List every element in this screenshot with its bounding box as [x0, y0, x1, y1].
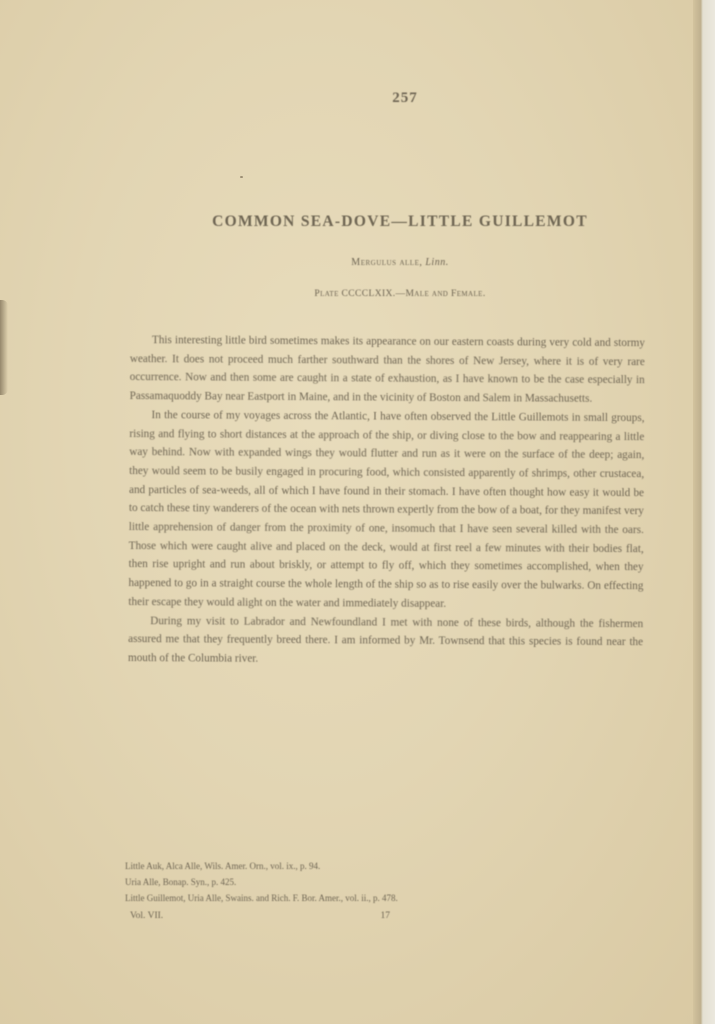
latin-name: Mergulus alle	[351, 257, 419, 268]
paragraph: During my visit to Labrador and Newfound…	[128, 612, 643, 671]
body-text: This interesting little bird sometimes m…	[128, 331, 645, 671]
paragraph: In the course of my voyages across the A…	[128, 406, 644, 615]
paragraph: This interesting little bird sometimes m…	[130, 331, 645, 409]
binding-shadow	[0, 300, 8, 395]
paper-speck	[240, 176, 243, 178]
reference-line: Uria Alle, Bonap. Syn., p. 425.	[125, 874, 605, 890]
plate-line: Plate CCCCLXIX.—Male and Female.	[150, 289, 650, 299]
reference-line: Little Guillemot, Uria Alle, Swains. and…	[125, 890, 605, 906]
latin-name-line: Mergulus alle, Linn.	[150, 257, 650, 268]
synonymy-references: Little Auk, Alca Alle, Wils. Amer. Orn.,…	[125, 858, 605, 906]
volume-mark: Vol. VII.	[130, 911, 163, 921]
page-title: COMMON SEA-DOVE—LITTLE GUILLEMOT	[150, 213, 650, 231]
page-edge	[693, 0, 715, 1024]
latin-authority: Linn.	[425, 257, 448, 268]
page-number: 257	[0, 90, 715, 107]
printer-signature: Vol. VII. 17	[130, 911, 390, 921]
reference-line: Little Auk, Alca Alle, Wils. Amer. Orn.,…	[125, 858, 605, 874]
sheet-mark: 17	[381, 911, 391, 921]
